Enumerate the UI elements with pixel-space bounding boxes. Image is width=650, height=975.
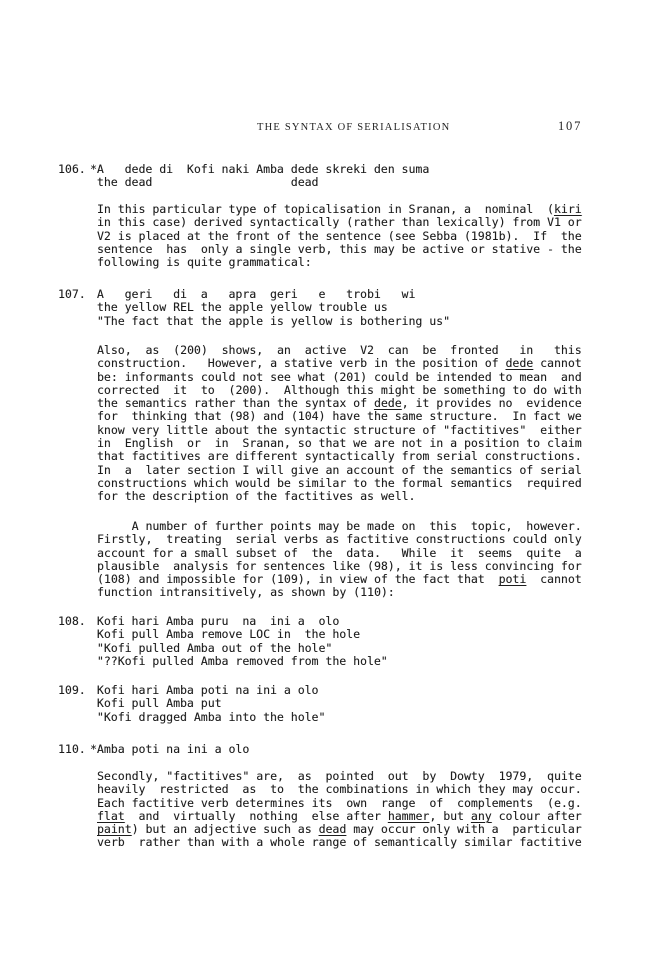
example-text: *Amba poti na ini a olo [90,743,249,756]
example-number: 109. [58,684,86,697]
example-number: 106. [58,163,86,176]
paragraph-block: In this particular type of topicalisatio… [97,203,582,269]
example-number: 108. [58,615,86,628]
underlined-term: kiri [554,202,582,216]
example-number: 107. [58,288,86,301]
underlined-term: dede [506,356,534,370]
example-text: Kofi hari Amba puru na ini a olo Kofi pu… [90,615,388,668]
example-block-109: 109. Kofi hari Amba poti na ini a olo Ko… [58,684,325,724]
paragraph-text: In this particular type of topicalisatio… [97,203,582,269]
example-number: 110. [58,743,86,756]
example-block-107: 107. A geri di a apra geri e trobi wi th… [58,288,450,328]
paragraph-text: Also, as (200) shows, an active V2 can b… [97,344,582,504]
paragraph-block: A number of further points may be made o… [97,520,582,600]
paragraph-text: Secondly, "factitives" are, as pointed o… [97,770,582,850]
page-number: 107 [558,119,582,134]
paragraph-block: Also, as (200) shows, an active V2 can b… [97,344,582,504]
example-block-108: 108. Kofi hari Amba puru na ini a olo Ko… [58,615,388,668]
underlined-term: paint [97,822,132,836]
example-block-110: 110.*Amba poti na ini a olo [58,743,249,756]
underlined-term: dead [319,822,347,836]
underlined-term: poti [499,572,527,586]
example-block-106: 106.*A dede di Kofi naki Amba dede skrek… [58,163,429,190]
underlined-term: dede [374,396,402,410]
example-text: A geri di a apra geri e trobi wi the yel… [90,288,450,328]
example-text: Kofi hari Amba poti na ini a olo Kofi pu… [90,684,325,724]
underlined-term: any [471,809,492,823]
paragraph-text: A number of further points may be made o… [97,520,582,600]
running-header-title: THE SYNTAX OF SERIALISATION [257,122,450,133]
underlined-term: hammer [388,809,430,823]
paragraph-block: Secondly, "factitives" are, as pointed o… [97,770,582,850]
underlined-term: flat [97,809,125,823]
example-text: *A dede di Kofi naki Amba dede skreki de… [90,163,429,190]
scanned-book-page: THE SYNTAX OF SERIALISATION 107 106.*A d… [0,0,650,975]
